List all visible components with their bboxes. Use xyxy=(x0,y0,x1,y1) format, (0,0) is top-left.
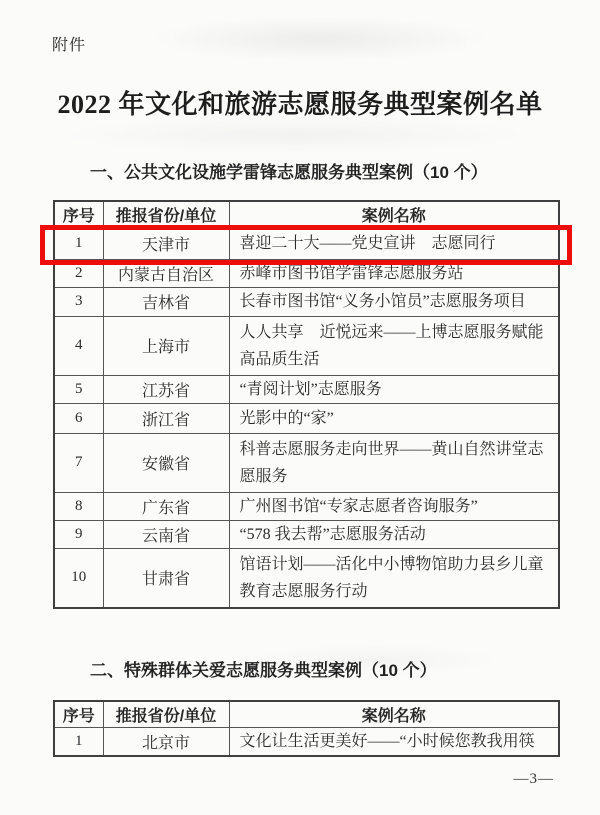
cell-province: 云南省 xyxy=(103,520,229,548)
case-table-1: 序号 推报省份/单位 案例名称 1 天津市 喜迎二十大——党史宣讲 志愿同行 2… xyxy=(53,200,560,609)
page-number: —3— xyxy=(514,771,555,788)
table-row: 7 安徽省 科普志愿服务走向世界——黄山自然讲堂志愿服务 xyxy=(54,433,559,492)
column-header-province: 推报省份/单位 xyxy=(103,701,229,727)
table-row: 1 北京市 文化让生活更美好——“小时候您教我用筷 xyxy=(54,727,559,756)
cell-province: 吉林省 xyxy=(103,287,229,316)
cell-no: 2 xyxy=(54,259,103,287)
cell-province: 安徽省 xyxy=(103,433,229,492)
cell-no: 6 xyxy=(54,403,103,433)
table-row: 8 广东省 广州图书馆“专家志愿者咨询服务” xyxy=(54,492,559,520)
cell-no: 8 xyxy=(54,492,103,520)
column-header-no: 序号 xyxy=(54,201,103,227)
scan-artifact xyxy=(60,116,530,154)
cell-province: 浙江省 xyxy=(103,403,229,433)
table-row: 3 吉林省 长春市图书馆“义务小馆员”志愿服务项目 xyxy=(54,287,559,316)
section2-heading: 二、特殊群体关爱志愿服务典型案例（10 个） xyxy=(90,656,437,681)
table-row: 9 云南省 “578 我去帮”志愿服务活动 xyxy=(54,520,559,548)
table-row: 4 上海市 人人共享 近悦远来——上博志愿服务赋能高品质生活 xyxy=(54,316,559,375)
cell-no: 1 xyxy=(54,227,103,259)
cell-province: 广东省 xyxy=(103,492,229,520)
column-header-province: 推报省份/单位 xyxy=(103,201,229,227)
table-row: 10 甘肃省 馆语计划——活化中小博物馆助力县乡儿童教育志愿服务行动 xyxy=(54,548,559,608)
column-header-no: 序号 xyxy=(54,701,103,727)
column-header-case: 案例名称 xyxy=(229,701,559,727)
column-header-case: 案例名称 xyxy=(229,201,559,227)
cell-no: 9 xyxy=(54,520,103,548)
attachment-label: 附件 xyxy=(52,32,86,55)
cell-no: 4 xyxy=(54,316,103,375)
cell-case: 文化让生活更美好——“小时候您教我用筷 xyxy=(229,727,559,756)
cell-no: 5 xyxy=(54,375,103,403)
table-row: 2 内蒙古自治区 赤峰市图书馆学雷锋志愿服务站 xyxy=(54,259,559,287)
section1-heading: 一、公共文化设施学雷锋志愿服务典型案例（10 个） xyxy=(90,158,488,183)
cell-province: 甘肃省 xyxy=(103,548,229,608)
cell-case: 赤峰市图书馆学雷锋志愿服务站 xyxy=(229,259,559,287)
cell-no: 1 xyxy=(54,727,103,756)
document-title: 2022 年文化和旅游志愿服务典型案例名单 xyxy=(0,84,600,121)
cell-province: 内蒙古自治区 xyxy=(103,259,229,287)
cell-no: 10 xyxy=(54,548,103,608)
table2-header-row: 序号 推报省份/单位 案例名称 xyxy=(54,701,559,727)
cell-case: 馆语计划——活化中小博物馆助力县乡儿童教育志愿服务行动 xyxy=(229,548,559,608)
cell-province: 天津市 xyxy=(103,227,229,259)
document-page: { "document": { "attachment_label": "附件"… xyxy=(0,0,600,815)
table-row: 1 天津市 喜迎二十大——党史宣讲 志愿同行 xyxy=(54,227,559,259)
cell-case: 喜迎二十大——党史宣讲 志愿同行 xyxy=(229,227,559,259)
scan-artifact xyxy=(150,16,490,62)
table1-header-row: 序号 推报省份/单位 案例名称 xyxy=(54,201,559,227)
cell-case: “青阅计划”志愿服务 xyxy=(229,375,559,403)
cell-case: 长春市图书馆“义务小馆员”志愿服务项目 xyxy=(229,287,559,316)
cell-case: 科普志愿服务走向世界——黄山自然讲堂志愿服务 xyxy=(229,433,559,492)
cell-no: 7 xyxy=(54,433,103,492)
cell-province: 北京市 xyxy=(103,727,229,756)
cell-case: 人人共享 近悦远来——上博志愿服务赋能高品质生活 xyxy=(229,316,559,375)
cell-case: 广州图书馆“专家志愿者咨询服务” xyxy=(229,492,559,520)
cell-case: “578 我去帮”志愿服务活动 xyxy=(229,520,559,548)
cell-no: 3 xyxy=(54,287,103,316)
cell-province: 江苏省 xyxy=(103,375,229,403)
table-row: 5 江苏省 “青阅计划”志愿服务 xyxy=(54,375,559,403)
cell-case: 光影中的“家” xyxy=(229,403,559,433)
table-row: 6 浙江省 光影中的“家” xyxy=(54,403,559,433)
cell-province: 上海市 xyxy=(103,316,229,375)
case-table-2: 序号 推报省份/单位 案例名称 1 北京市 文化让生活更美好——“小时候您教我用… xyxy=(53,700,560,757)
